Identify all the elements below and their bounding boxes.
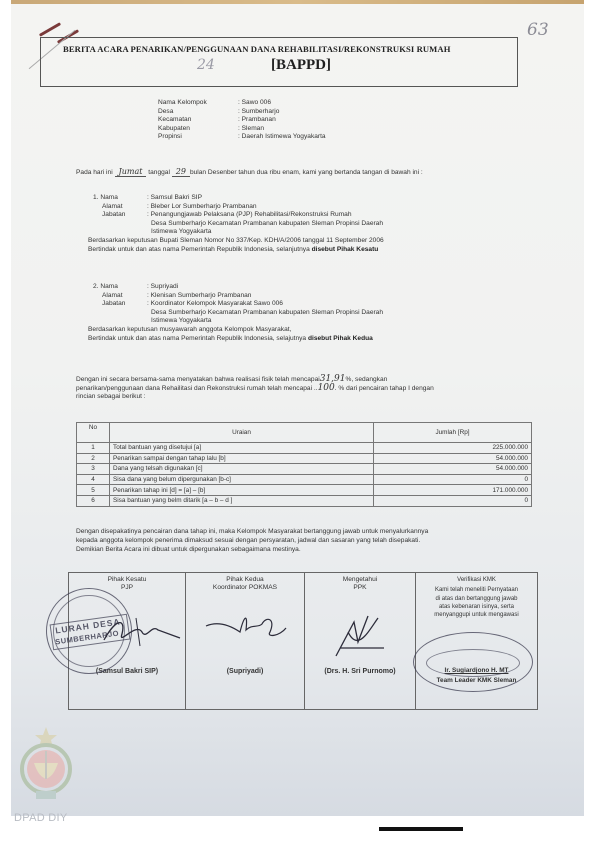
sig-name: (Drs. H. Sri Purnomo) (305, 668, 415, 675)
header-amount: Jumlah [Rp] (374, 423, 532, 443)
info-label: Propinsi (158, 133, 238, 142)
watermark-label: DPAD DIY (14, 812, 68, 824)
signature-party-1-mark (96, 612, 186, 652)
sig-heading: Pihak Kedua (186, 576, 304, 584)
table-row: 3Dana yang telsah digunakan [c]54.000.00… (77, 464, 532, 475)
title-box: BERITA ACARA PENARIKAN/PENGGUNAAN DANA R… (40, 37, 518, 87)
row-no: 4 (77, 474, 110, 485)
row-amount: 0 (374, 474, 532, 485)
party2-name: : Supriyadi (147, 283, 178, 292)
party1-designation: disebut Pihak Kesatu (312, 246, 379, 253)
header-no: No (77, 423, 110, 443)
kmk-text-line: Kami telah meneliti Pernyataan (420, 586, 533, 594)
label: Alamat (93, 203, 147, 212)
party2-address: : Klenisan Sumberharjo Prambanan (147, 292, 251, 301)
kmk-text-line: di atas dan bertanggung jawab (420, 595, 533, 603)
label: Alamat (93, 292, 147, 301)
row-amount: 54.000.000 (374, 453, 532, 464)
info-value: : Sumberharjo (238, 108, 279, 117)
header-description: Uraian (110, 423, 374, 443)
handwritten-day: Jumat (115, 167, 147, 177)
opening-suffix: bulan Desenber tahun dua ribu enam, kami… (190, 169, 423, 176)
info-label: Desa (158, 108, 238, 117)
row-no: 3 (77, 464, 110, 475)
row-description: Penarikan tahap ini [d] = [a] – [b] (110, 485, 374, 496)
handwritten-page-number: 63 (527, 20, 549, 40)
party1-name: : Samsul Bakri SIP (147, 194, 202, 203)
label: 2. Nama (93, 283, 147, 292)
statement-line-3: rincian sebagai berikut : (76, 393, 146, 402)
table-row: 1Total bantuan yang disetujui [a]225.000… (77, 443, 532, 454)
party1-position: : Penangungjawab Pelaksana (PJP) Rehabil… (147, 211, 352, 220)
info-value: : Sawo 006 (238, 99, 271, 108)
table-row: 5Penarikan tahap ini [d] = [a] – [b]171.… (77, 485, 532, 496)
kmk-text-line: menyanggupi untuk mengawasi (420, 611, 533, 619)
page-top-edge (11, 0, 584, 4)
statement-text: % dari pencairan tahap I dengan (338, 385, 433, 392)
kmk-statement: Kami telah meneliti Pernyataan di atas d… (416, 586, 537, 619)
info-label: Kabupaten (158, 125, 238, 134)
party1-acting: Bertindak untuk dan atas nama Pemerintah… (88, 246, 378, 255)
table-row: 2Penarikan sampai dengan tahap lalu [b]5… (77, 453, 532, 464)
acting-text: Bertindak untuk dan atas nama Pemerintah… (88, 246, 310, 253)
info-value: : Sleman (238, 125, 264, 134)
row-no: 2 (77, 453, 110, 464)
document-title: BERITA ACARA PENARIKAN/PENGGUNAAN DANA R… (63, 44, 523, 54)
closing-line-1: Dengan disepakatinya pencairan dana taha… (76, 528, 428, 537)
signature-ppk-mark (328, 612, 388, 662)
info-row: Propinsi: Daerah Istimewa Yogyakarta (158, 133, 326, 142)
info-row: Kecamatan: Prambanan (158, 116, 326, 125)
handwritten-serial-number: 24 (197, 57, 215, 73)
party1-basis: Berdasarkan keputusan Bupati Sleman Nomo… (88, 237, 384, 246)
row-description: Sisa dana yang belum dipergunakan [b-c] (110, 474, 374, 485)
row-description: Dana yang telsah digunakan [c] (110, 464, 374, 475)
closing-line-3: Demikian Berita Acara ini dibuat untuk d… (76, 546, 301, 555)
party-1: 1. Nama: Samsul Bakri SIP Alamat: Bleber… (93, 194, 383, 237)
dpad-emblem-icon (16, 727, 76, 803)
statement-text: %, sedangkan (346, 376, 388, 383)
row-description: Total bantuan yang disetujui [a] (110, 443, 374, 454)
row-description: Penarikan sampai dengan tahap lalu [b] (110, 453, 374, 464)
statement-text: penarikan/penggunaan dana Rehailitasi da… (76, 385, 318, 392)
opening-line: Pada hari ini Jumat tanggal 29bulan Dese… (76, 168, 423, 178)
disbursement-table: No Uraian Jumlah [Rp] 1Total bantuan yan… (76, 422, 532, 507)
opening-mid: tanggal (148, 169, 170, 176)
row-no: 1 (77, 443, 110, 454)
table-row: 6Sisa bantuan yang belm ditarik [a – b –… (77, 495, 532, 506)
sig-heading: Verifikasi KMK (416, 576, 537, 584)
kmk-stamp (413, 632, 533, 692)
info-value: : Prambanan (238, 116, 276, 125)
sig-heading: Pihak Kesatu (69, 576, 185, 584)
label: Jabatan (93, 211, 147, 220)
party1-position-cont: Desa Sumberharjo Kecamatan Prambanan kab… (147, 220, 383, 229)
row-amount: 0 (374, 495, 532, 506)
party2-acting: Bertindak untuk dan atas nama Pemerintah… (88, 335, 373, 344)
party2-designation: disebut Pihak Kedua (308, 335, 373, 342)
opening-prefix: Pada hari ini (76, 169, 113, 176)
row-amount: 54.000.000 (374, 464, 532, 475)
info-row: Desa: Sumberharjo (158, 108, 326, 117)
sig-heading: Mengetahui (305, 576, 415, 584)
party2-position: : Koordinator Kelompok Masyarakat Sawo 0… (147, 300, 283, 309)
party1-position-cont: Istimewa Yogyakarta (147, 228, 211, 237)
sig-role: PPK (305, 584, 415, 592)
document-subtitle: [BAPPD] (271, 57, 331, 74)
info-row: Nama Kelompok: Sawo 006 (158, 99, 326, 108)
info-value: : Daerah Istimewa Yogyakarta (238, 133, 326, 142)
bottom-bar (379, 827, 463, 831)
handwritten-funds-percent: 100 (318, 383, 335, 393)
handwritten-date: 29 (172, 167, 190, 177)
info-row: Kabupaten: Sleman (158, 125, 326, 134)
row-description: Sisa bantuan yang belm ditarik [a – b – … (110, 495, 374, 506)
party1-address: : Bleber Lor Sumberharjo Prambanan (147, 203, 257, 212)
sig-name: (Supriyadi) (186, 668, 304, 675)
sig-role: Koordinator POKMAS (186, 584, 304, 592)
closing-line-2: kepada anggota kelompok penerima dimaksu… (76, 537, 420, 546)
row-no: 5 (77, 485, 110, 496)
acting-text: Bertindak untuk dan atas nama Pemerintah… (88, 335, 306, 342)
party2-basis: Berdasarkan keputusan musyawarah anggota… (88, 326, 291, 335)
label: Jabatan (93, 300, 147, 309)
row-amount: 225.000.000 (374, 443, 532, 454)
row-amount: 171.000.000 (374, 485, 532, 496)
info-label: Nama Kelompok (158, 99, 238, 108)
group-info: Nama Kelompok: Sawo 006 Desa: Sumberharj… (158, 99, 326, 142)
party-2: 2. Nama: Supriyadi Alamat: Klenisan Sumb… (93, 283, 383, 326)
label: 1. Nama (93, 194, 147, 203)
row-no: 6 (77, 495, 110, 506)
signature-party-2-mark (200, 606, 290, 646)
party2-position-cont: Istimewa Yogyakarta (147, 317, 211, 326)
table-header-row: No Uraian Jumlah [Rp] (77, 423, 532, 443)
statement-text: Dengan ini secara bersama-sama menyataka… (76, 376, 320, 383)
info-label: Kecamatan (158, 116, 238, 125)
table-row: 4Sisa dana yang belum dipergunakan [b-c]… (77, 474, 532, 485)
party2-position-cont: Desa Sumberharjo Kecamatan Prambanan kab… (147, 309, 383, 318)
kmk-text-line: atas kebenaran isinya, serta (420, 603, 533, 611)
